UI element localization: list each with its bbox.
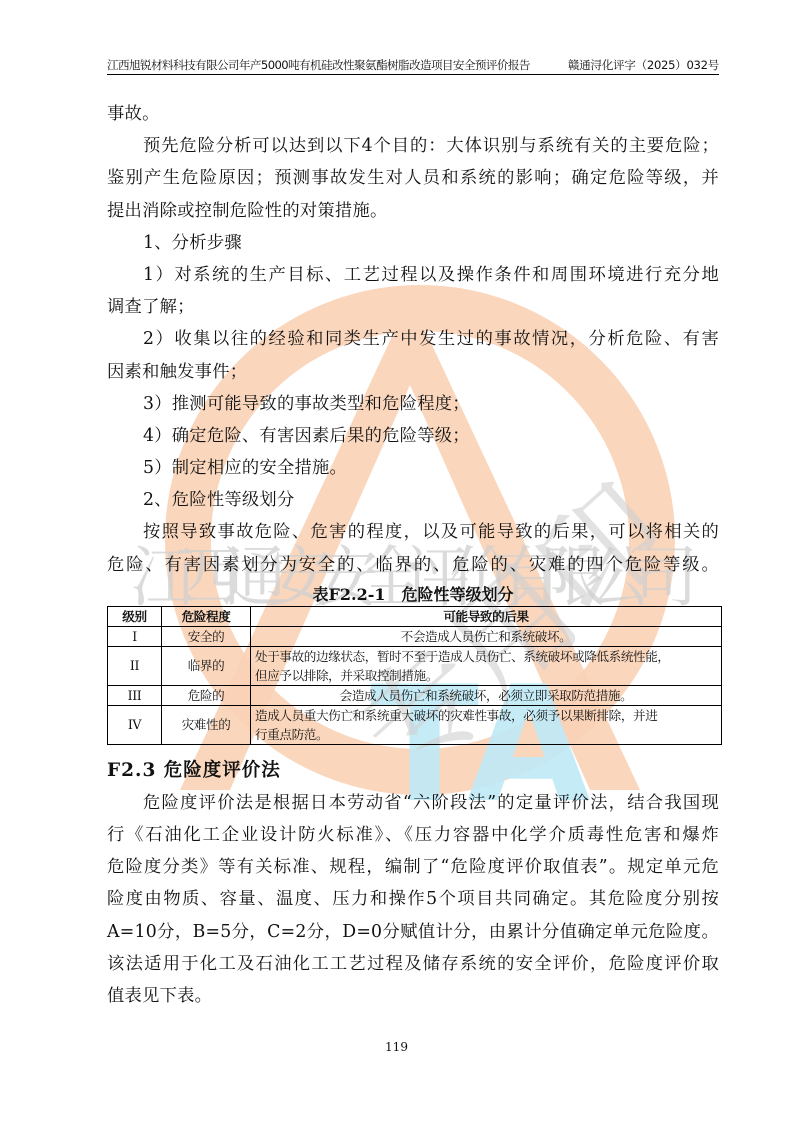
table-row: II 临界的 处于事故的边缘状态，暂时不至于造成人员伤亡、系统破坏或降低系统性能… bbox=[108, 646, 722, 685]
cell-level: III bbox=[108, 685, 162, 705]
table-row: I 安全的 不会造成人员伤亡和系统破坏。 bbox=[108, 626, 722, 646]
paragraph-line: 该法适用于化工及石油化工工艺过程及储存系统的安全评价，危险度评价取 bbox=[107, 948, 719, 980]
paragraph-line: 行《石油化工企业设计防火标准》、《压力容器中化学介质毒性危害和爆炸 bbox=[107, 819, 719, 851]
paragraph-line: 鉴别产生危险原因；预测事故发生对人员和系统的影响；确定危险等级，并 bbox=[107, 162, 719, 194]
table-row: III 危险的 会造成人员伤亡和系统破坏，必须立即采取防范措施。 bbox=[108, 685, 722, 705]
cell-level: IV bbox=[108, 705, 162, 744]
cell-level: II bbox=[108, 646, 162, 685]
section-heading: F2.3 危险度评价法 bbox=[107, 757, 719, 785]
paragraph-line: A=10分，B=5分，C=2分，D=0分赋值计分，由累计分值确定单元危险度。 bbox=[107, 916, 719, 948]
subheading-analysis-steps: 1、分析步骤 bbox=[107, 227, 719, 259]
list-item: 5）制定相应的安全措施。 bbox=[107, 452, 719, 484]
page-header: 江西旭锐材料科技有限公司年产5000吨有机硅改性聚氨酯树脂改造项目安全预评价报告… bbox=[107, 57, 719, 75]
paragraph-line: 危险度评价法是根据日本劳动省“六阶段法”的定量评价法，结合我国现 bbox=[107, 787, 719, 819]
cell-consequence: 处于事故的边缘状态，暂时不至于造成人员伤亡、系统破坏或降低系统性能， 但应予以排… bbox=[251, 646, 722, 685]
column-header-degree: 危险程度 bbox=[162, 606, 251, 626]
table-caption: 表F2.2-1 危险性等级划分 bbox=[107, 584, 719, 606]
cell-degree: 安全的 bbox=[162, 626, 251, 646]
paragraph-line: 按照导致事故危险、危害的程度，以及可能导致的后果，可以将相关的 bbox=[107, 516, 719, 548]
paragraph-line: 值表见下表。 bbox=[107, 980, 719, 1012]
paragraph-line: 事故。 bbox=[107, 98, 719, 130]
cell-degree: 临界的 bbox=[162, 646, 251, 685]
list-item: 4）确定危险、有害因素后果的危险等级； bbox=[107, 420, 719, 452]
list-item: 2）收集以往的经验和同类生产中发生过的事故情况，分析危险、有害 bbox=[107, 323, 719, 355]
risk-grade-table: 级别 危险程度 可能导致的后果 I 安全的 不会造成人员伤亡和系统破坏。 II … bbox=[107, 606, 722, 745]
page-content: 事故。 预先危险分析可以达到以下4个目的：大体识别与系统有关的主要危险； 鉴别产… bbox=[107, 98, 719, 1012]
cell-consequence: 不会造成人员伤亡和系统破坏。 bbox=[251, 626, 722, 646]
cell-consequence-line: 行重点防范。 bbox=[255, 725, 717, 744]
list-item: 1）对系统的生产目标、工艺过程以及操作条件和周围环境进行充分地 bbox=[107, 259, 719, 291]
cell-consequence: 会造成人员伤亡和系统破坏，必须立即采取防范措施。 bbox=[251, 685, 722, 705]
table-row: IV 灾难性的 造成人员重大伤亡和系统重大破坏的灾难性事故，必须予以果断排除，并… bbox=[108, 705, 722, 744]
cell-consequence: 造成人员重大伤亡和系统重大破坏的灾难性事故，必须予以果断排除，并进 行重点防范。 bbox=[251, 705, 722, 744]
cell-level: I bbox=[108, 626, 162, 646]
list-item-continuation: 因素和触发事件； bbox=[107, 356, 719, 388]
paragraph-line: 预先危险分析可以达到以下4个目的：大体识别与系统有关的主要危险； bbox=[107, 130, 719, 162]
cell-consequence-line: 处于事故的边缘状态，暂时不至于造成人员伤亡、系统破坏或降低系统性能， bbox=[255, 647, 717, 666]
cell-consequence-line: 造成人员重大伤亡和系统重大破坏的灾难性事故，必须予以果断排除，并进 bbox=[255, 706, 717, 725]
cell-consequence-line: 但应予以排除，并采取控制措施。 bbox=[255, 666, 717, 685]
column-header-level: 级别 bbox=[108, 606, 162, 626]
report-title: 江西旭锐材料科技有限公司年产5000吨有机硅改性聚氨酯树脂改造项目安全预评价报告 bbox=[107, 58, 530, 72]
paragraph-line: 危险、有害因素划分为安全的、临界的、危险的、灾难的四个危险等级。 bbox=[107, 549, 719, 581]
list-item-continuation: 调查了解； bbox=[107, 291, 719, 323]
cell-degree: 危险的 bbox=[162, 685, 251, 705]
page-number: 119 bbox=[0, 1040, 793, 1054]
cell-degree: 灾难性的 bbox=[162, 705, 251, 744]
column-header-consequence: 可能导致的后果 bbox=[251, 606, 722, 626]
list-item: 3）推测可能导致的事故类型和危险程度； bbox=[107, 388, 719, 420]
paragraph-line: 提出消除或控制危险性的对策措施。 bbox=[107, 195, 719, 227]
paragraph-line: 险度由物质、容量、温度、压力和操作5个项目共同确定。其危险度分别按 bbox=[107, 883, 719, 915]
table-header-row: 级别 危险程度 可能导致的后果 bbox=[108, 606, 722, 626]
subheading-risk-grading: 2、危险性等级划分 bbox=[107, 484, 719, 516]
paragraph-line: 危险度分类》等有关标准、规程，编制了“危险度评价取值表”。规定单元危 bbox=[107, 851, 719, 883]
document-number: 赣通浔化评字（2025）032号 bbox=[568, 57, 719, 73]
